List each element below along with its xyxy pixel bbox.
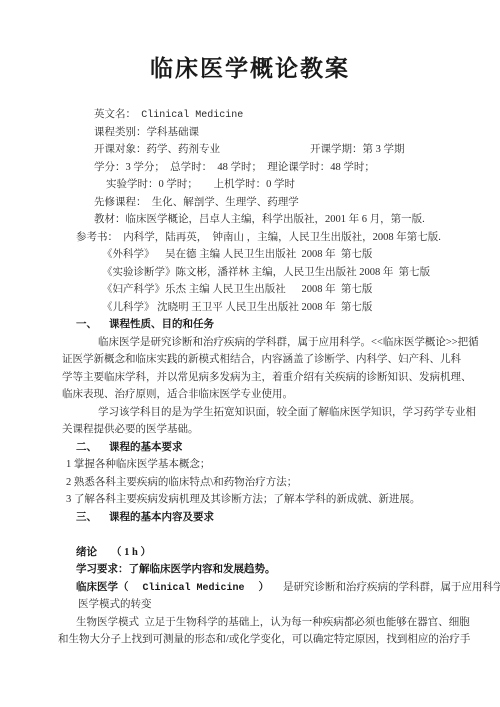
doc-line: 《实验诊断学》陈文彬，潘祥林 主编，人民卫生出版社 2008 年 第七版 bbox=[0, 264, 500, 282]
doc-line: 学习要求：了解临床医学内容和发展趋势。 bbox=[0, 561, 500, 579]
doc-line: 学习该学科目的是为学生拓宽知识面，较全面了解临床医学知识，学习药学专业相 bbox=[0, 404, 500, 422]
text-run: 参考书： 内科学，陆再英， 钟南山 ，主编，人民卫生出版社，2008 年第七版. bbox=[76, 232, 441, 243]
blank-line bbox=[0, 526, 500, 544]
text-run: 课程的基本要求 bbox=[109, 442, 183, 453]
text-run: 开课对象：药学、药剂专业 bbox=[94, 144, 220, 155]
text-run: 课程的基本内容及要求 bbox=[109, 512, 214, 523]
doc-line: 学等主要临床学科，并以常见病多发病为主，着重介绍有关疾病的诊断知识、发病机理、 bbox=[0, 369, 500, 387]
doc-line: 关课程提供必要的医学基础。 bbox=[0, 421, 500, 439]
text-run: 课程性质、目的和任务 bbox=[109, 319, 214, 330]
text-run: 2 熟悉各科主要疾病的临床特点\和药物治疗方法； bbox=[66, 477, 297, 488]
text-run: 学习该学科目的是为学生拓宽知识面，较全面了解临床医学知识，学习药学专业相 bbox=[98, 407, 476, 418]
doc-line: 一、课程性质、目的和任务 bbox=[0, 316, 500, 334]
document-title: 临床医学概论教案 bbox=[0, 54, 500, 84]
text-run: （ 1 h ） bbox=[111, 547, 151, 558]
text-run: 临床医学是研究诊断和治疗疾病的学科群，属于应用科学。<<临床医学概论>>把循 bbox=[98, 337, 479, 348]
doc-line: 临床医学是研究诊断和治疗疾病的学科群，属于应用科学。<<临床医学概论>>把循 bbox=[0, 334, 500, 352]
text-run: 临床医学（ bbox=[76, 582, 129, 593]
text-run: 关课程提供必要的医学基础。 bbox=[62, 424, 199, 435]
text-run: 实验学时：0 学时； 上机学时：0 学时 bbox=[106, 179, 295, 190]
text-run: 英文名： bbox=[94, 109, 141, 120]
document-lines: 英文名： Clinical Medicine课程类别：学科基础课开课对象：药学、… bbox=[0, 106, 500, 649]
text-run: 先修课程： 生化、解剖学、生理学、药理学 bbox=[94, 197, 299, 208]
text-run: 生物医学模式 立足于生物科学的基础上，认为每一种疾病都必须也能够在器官、细胞 bbox=[76, 617, 470, 628]
doc-line: 1 掌握各种临床医学基本概念； bbox=[0, 456, 500, 474]
text-run: 二、 bbox=[76, 442, 97, 453]
text-run: 《外科学》 吴在德 主编 人民卫生出版社 2008 年 第七版 bbox=[102, 249, 372, 260]
doc-line: 课程类别：学科基础课 bbox=[0, 124, 500, 142]
text-run: Clinical Medicine bbox=[143, 583, 245, 594]
text-run: 学习要求：了解临床医学内容和发展趋势。 bbox=[76, 564, 276, 575]
doc-line: 实验学时：0 学时； 上机学时：0 学时 bbox=[0, 176, 500, 194]
doc-line: 三、课程的基本内容及要求 bbox=[0, 509, 500, 527]
doc-line: 临床表现、治疗原则，适合非临床医学专业使用。 bbox=[0, 386, 500, 404]
doc-line: 绪论（ 1 h ） bbox=[0, 544, 500, 562]
doc-line: 证医学新概念和临床实践的新模式相结合，内容涵盖了诊断学、内科学、妇产科、儿科 bbox=[0, 351, 500, 369]
text-run: 开课学期：第 3 学期 bbox=[310, 141, 405, 159]
text-run: 学分：3 学分； 总学时： 48 学时； 理论课学时：48 学时； bbox=[94, 162, 375, 173]
text-run: 一、 bbox=[76, 319, 97, 330]
doc-line: 《外科学》 吴在德 主编 人民卫生出版社 2008 年 第七版 bbox=[0, 246, 500, 264]
doc-line: 2 熟悉各科主要疾病的临床特点\和药物治疗方法； bbox=[0, 474, 500, 492]
text-run: 《妇产科学》乐杰 主编 人民卫生出版社 2008 年 第七版 bbox=[102, 284, 372, 295]
doc-line: 先修课程： 生化、解剖学、生理学、药理学 bbox=[0, 194, 500, 212]
doc-line: 医学模式的转变 bbox=[0, 596, 500, 614]
text-run: 教材：临床医学概论，吕卓人主编，科学出版社，2001 年 6 月，第一版. bbox=[94, 214, 425, 225]
doc-line: 和生物大分子上找到可测量的形态和/或化学变化，可以确定特定原因，找到相应的治疗手 bbox=[0, 631, 500, 649]
text-run: 医学模式的转变 bbox=[78, 599, 152, 610]
text-run: 《实验诊断学》陈文彬，潘祥林 主编，人民卫生出版社 2008 年 第七版 bbox=[102, 267, 430, 278]
doc-line: 《儿科学》 沈晓明 王卫平 人民卫生出版社 2008 年 第七版 bbox=[0, 299, 500, 317]
doc-line: 学分：3 学分； 总学时： 48 学时； 理论课学时：48 学时； bbox=[0, 159, 500, 177]
text-run: Clinical Medicine bbox=[141, 110, 243, 121]
text-run: 学等主要临床学科，并以常见病多发病为主，着重介绍有关疾病的诊断知识、发病机理、 bbox=[62, 372, 472, 383]
text-run: ） bbox=[259, 582, 270, 593]
doc-line: 参考书： 内科学，陆再英， 钟南山 ，主编，人民卫生出版社，2008 年第七版. bbox=[0, 229, 500, 247]
text-run: 绪论 bbox=[76, 547, 97, 558]
doc-line: 英文名： Clinical Medicine bbox=[0, 106, 500, 124]
text-run: 3 了解各科主要疾病发病机理及其诊断方法；了解本学科的新成就、新进展。 bbox=[66, 494, 420, 505]
doc-line: 临床医学（Clinical Medicine）是研究诊断和治疗疾病的学科群，属于… bbox=[0, 579, 500, 597]
doc-line: 《妇产科学》乐杰 主编 人民卫生出版社 2008 年 第七版 bbox=[0, 281, 500, 299]
document-page: 临床医学概论教案 英文名： Clinical Medicine课程类别：学科基础… bbox=[0, 0, 500, 707]
text-run: 是研究诊断和治疗疾病的学科群，属于应用科学。 bbox=[283, 582, 500, 593]
text-run: 三、 bbox=[76, 512, 97, 523]
doc-line: 二、课程的基本要求 bbox=[0, 439, 500, 457]
doc-line: 教材：临床医学概论，吕卓人主编，科学出版社，2001 年 6 月，第一版. bbox=[0, 211, 500, 229]
text-run: 证医学新概念和临床实践的新模式相结合，内容涵盖了诊断学、内科学、妇产科、儿科 bbox=[62, 354, 461, 365]
text-run: 《儿科学》 沈晓明 王卫平 人民卫生出版社 2008 年 第七版 bbox=[102, 302, 372, 313]
text-run: 和生物大分子上找到可测量的形态和/或化学变化，可以确定特定原因，找到相应的治疗手 bbox=[58, 634, 470, 645]
doc-line: 3 了解各科主要疾病发病机理及其诊断方法；了解本学科的新成就、新进展。 bbox=[0, 491, 500, 509]
text-run: 临床表现、治疗原则，适合非临床医学专业使用。 bbox=[62, 389, 293, 400]
doc-line: 开课对象：药学、药剂专业开课学期：第 3 学期 bbox=[0, 141, 500, 159]
text-run: 1 掌握各种临床医学基本概念； bbox=[66, 459, 210, 470]
text-run: 课程类别：学科基础课 bbox=[94, 127, 199, 138]
doc-line: 生物医学模式 立足于生物科学的基础上，认为每一种疾病都必须也能够在器官、细胞 bbox=[0, 614, 500, 632]
